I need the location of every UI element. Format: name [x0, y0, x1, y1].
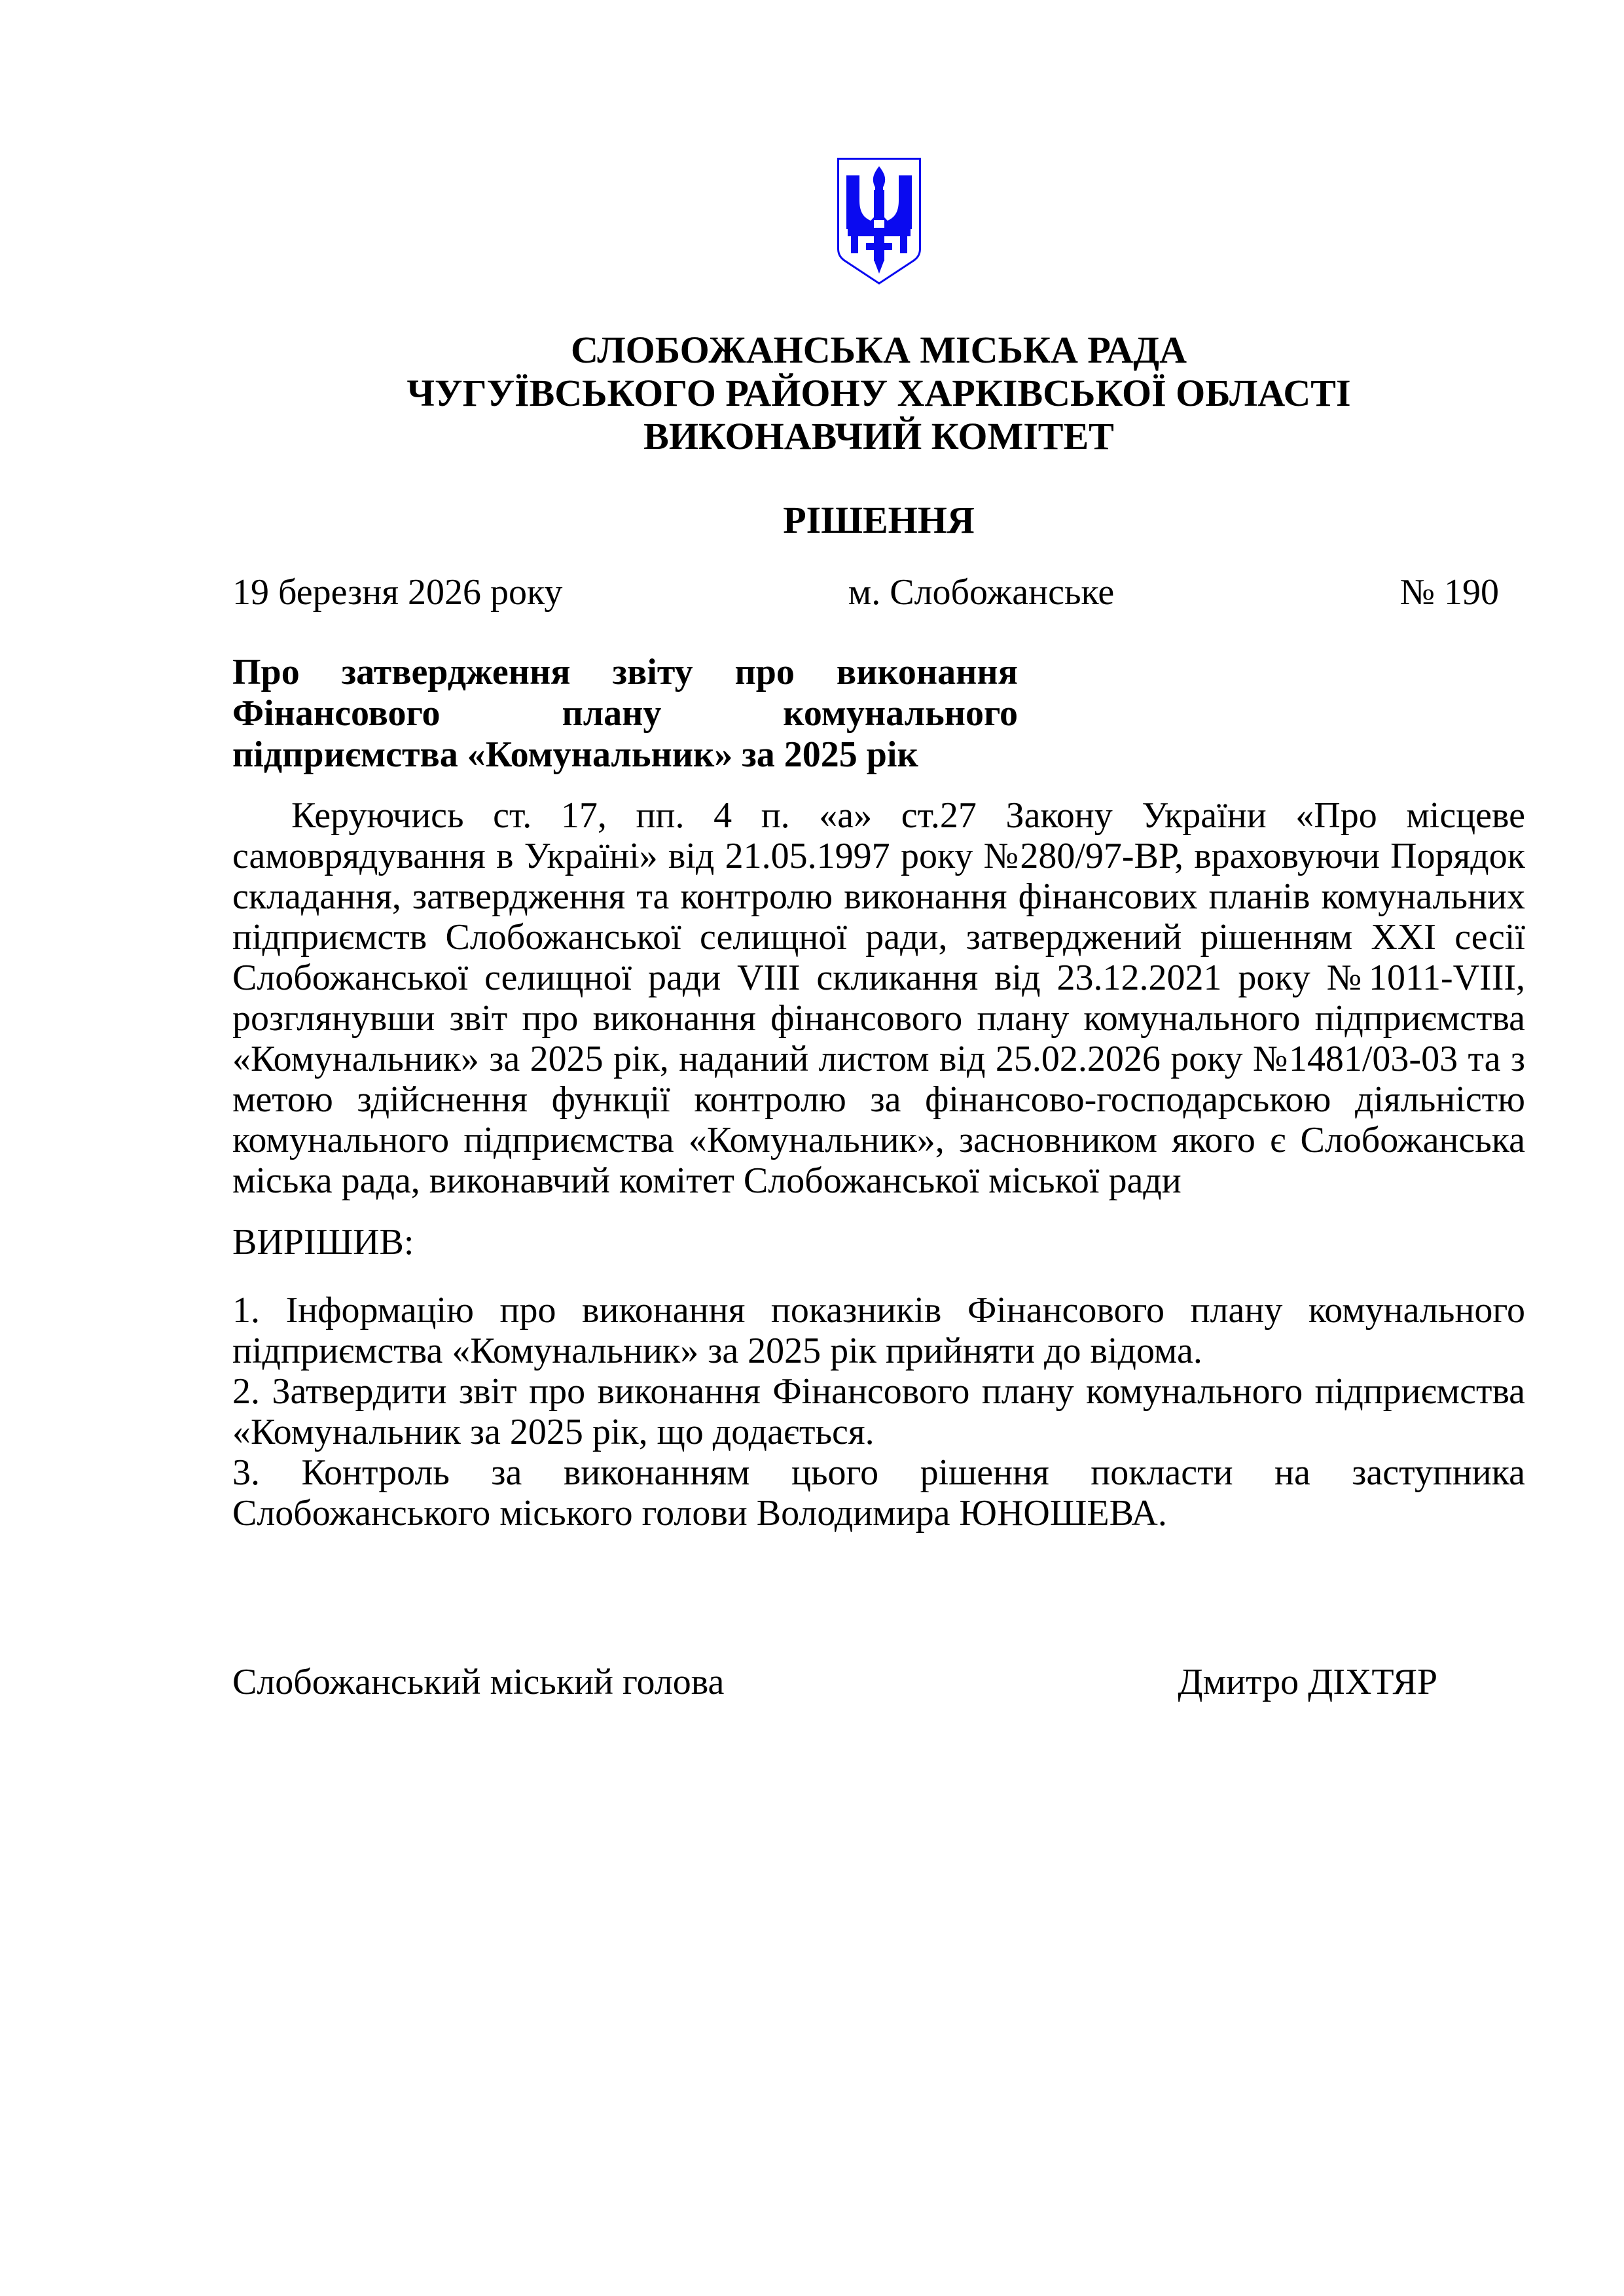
resolved-label: ВИРІШИВ: — [232, 1222, 1525, 1263]
ukraine-trident-emblem-icon — [837, 157, 922, 285]
org-committee-line: ВИКОНАВЧИЙ КОМІТЕТ — [232, 415, 1525, 458]
decision-items: 1. Інформацію про виконання показників Ф… — [232, 1290, 1525, 1534]
org-name-line: СЛОБОЖАНСЬКА МІСЬКА РАДА — [232, 329, 1525, 372]
decision-item-1: 1. Інформацію про виконання показників Ф… — [232, 1290, 1525, 1371]
org-district-line: ЧУГУЇВСЬКОГО РАЙОНУ ХАРКІВСЬКОЇ ОБЛАСТІ — [232, 372, 1525, 415]
decision-date: 19 березня 2026 року — [232, 572, 562, 613]
document-type-title: РІШЕННЯ — [232, 499, 1525, 542]
decision-place: м. Слобожанське — [848, 572, 1114, 613]
preamble-paragraph: Керуючись ст. 17, пп. 4 п. «а» ст.27 Зак… — [232, 795, 1525, 1201]
decision-item-3: 3. Контроль за виконанням цього рішення … — [232, 1452, 1525, 1534]
org-header: СЛОБОЖАНСЬКА МІСЬКА РАДА ЧУГУЇВСЬКОГО РА… — [232, 329, 1525, 458]
decision-number: № 190 — [1400, 572, 1499, 613]
signature-row: Слобожанський міський голова Дмитро ДІХТ… — [232, 1662, 1525, 1702]
signature-name: Дмитро ДІХТЯР — [1178, 1662, 1437, 1702]
subject-block: Про затвердження звіту про виконання Фін… — [232, 652, 1018, 776]
date-row: 19 березня 2026 року м. Слобожанське № 1… — [232, 572, 1525, 613]
decision-document-page: СЛОБОЖАНСЬКА МІСЬКА РАДА ЧУГУЇВСЬКОГО РА… — [0, 0, 1624, 2296]
signature-title: Слобожанський міський голова — [232, 1662, 724, 1702]
decision-item-2: 2. Затвердити звіт про виконання Фінансо… — [232, 1371, 1525, 1452]
